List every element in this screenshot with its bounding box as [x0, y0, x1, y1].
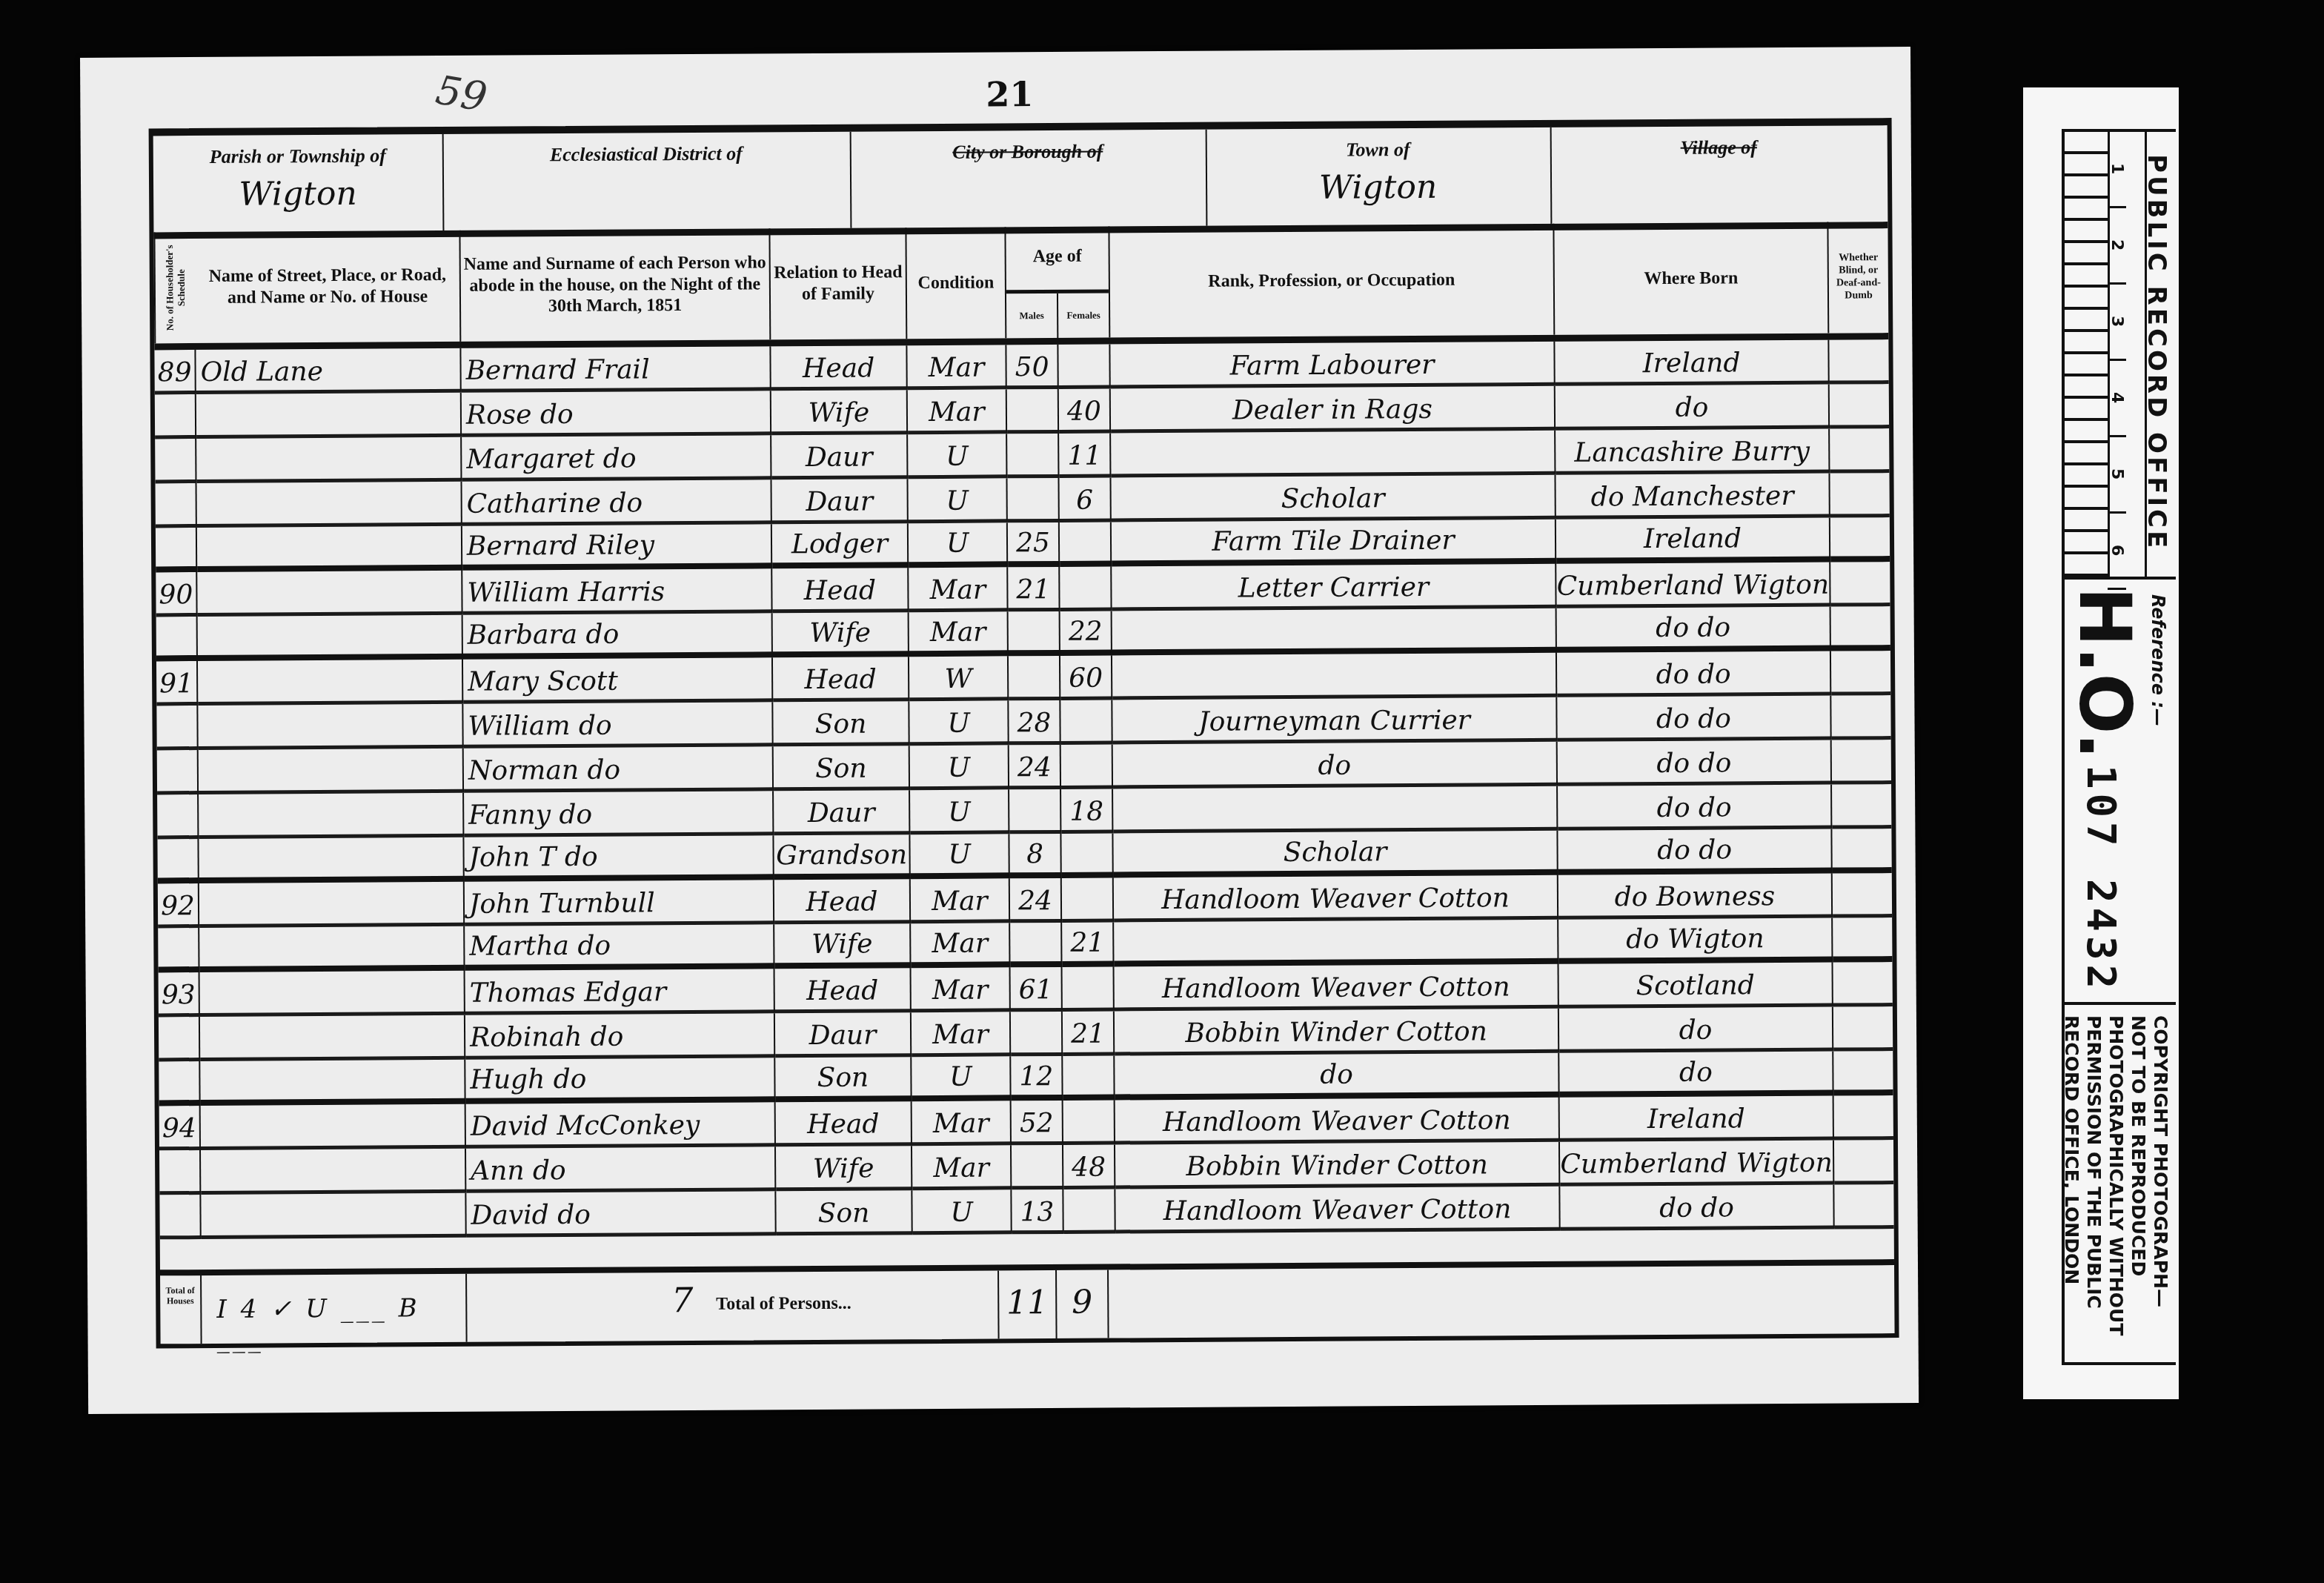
schedule-cell: 94 [159, 1106, 201, 1150]
where-born-cell: do do [1558, 740, 1832, 786]
condition-cell: Mar [911, 878, 1010, 923]
name-cell: Fanny do [464, 791, 774, 837]
street-cell [201, 1149, 466, 1195]
female-age-cell: 21 [1062, 922, 1114, 966]
relation-cell: Wife [776, 1146, 912, 1191]
where-born-cell: do Wigton [1558, 918, 1833, 964]
relation-cell: Wife [773, 612, 909, 657]
occupation-cell: Scholar [1111, 475, 1556, 522]
street-cell [197, 482, 462, 528]
male-age-cell [1009, 789, 1061, 834]
where-born-cell: do [1559, 1007, 1833, 1053]
condition-cell: U [910, 789, 1009, 834]
relation-cell: Head [771, 345, 907, 391]
street-cell [201, 1193, 466, 1239]
female-age-cell: 48 [1063, 1144, 1115, 1189]
name-cell: Bernard Riley [462, 524, 772, 571]
occupation-cell: Handloom Weaver Cotton [1115, 1098, 1560, 1145]
occupation-cell: Scholar [1113, 831, 1558, 878]
street-cell [197, 571, 462, 617]
scale-mark: 6 [2108, 514, 2126, 590]
reference-box: H.O. 107 2432 Reference :— [2065, 580, 2176, 1005]
name-cell: Mary Scott [463, 657, 773, 704]
schedule-cell [156, 483, 197, 528]
condition-cell: U [912, 1056, 1011, 1101]
relation-cell: Head [775, 968, 912, 1013]
ruler-ticks [2065, 132, 2110, 577]
name-cell: John T do [464, 835, 774, 882]
blind-deaf-cell [1831, 695, 1890, 740]
schedule-cell [156, 706, 198, 750]
occupation-cell [1112, 608, 1557, 656]
condition-cell: U [908, 434, 1007, 479]
blind-deaf-cell [1832, 829, 1891, 873]
relation-cell: Son [773, 701, 909, 746]
total-persons-label: Total of Persons... [716, 1294, 851, 1315]
census-form: Parish or Township of Wigton Ecclesiasti… [149, 118, 1899, 1348]
blind-deaf-cell [1829, 339, 1888, 384]
relation-cell: Wife [771, 390, 908, 435]
schedule-cell [155, 439, 196, 483]
where-born-cell: Lancashire Burry [1556, 429, 1830, 475]
male-age-cell: 25 [1008, 522, 1060, 567]
female-age-cell [1060, 700, 1112, 745]
name-cell: William Harris [462, 568, 772, 615]
scale-mark: 5 [2108, 437, 2126, 514]
street-cell [197, 526, 462, 572]
schedule-cell: 92 [158, 883, 199, 928]
scale-mark: 2 [2108, 208, 2126, 285]
schedule-cell: 91 [156, 661, 198, 706]
col-relation: Relation to Head of Family [770, 228, 907, 339]
condition-cell: U [910, 834, 1009, 879]
blind-deaf-cell [1833, 962, 1893, 1006]
schedule-cell [157, 839, 199, 883]
male-age-cell [1012, 1145, 1063, 1189]
where-born-cell: do do [1558, 785, 1832, 831]
schedule-cell: 90 [156, 572, 197, 617]
name-cell: Ann do [466, 1146, 776, 1193]
col-age-label: Age of [1033, 246, 1082, 268]
where-born-cell: do do [1558, 829, 1832, 875]
condition-cell: Mar [908, 389, 1007, 434]
female-age-cell [1061, 834, 1113, 878]
where-born-cell: do [1556, 385, 1830, 431]
col-condition: Condition [906, 227, 1006, 339]
male-age-cell: 52 [1012, 1101, 1063, 1145]
female-age-cell: 40 [1059, 389, 1111, 434]
street-cell [198, 615, 463, 661]
schedule-cell [155, 394, 196, 439]
total-houses-label: Total of Houses [160, 1275, 202, 1344]
occupation-cell: Letter Carrier [1112, 564, 1556, 611]
male-age-cell: 50 [1006, 345, 1058, 389]
blind-deaf-cell [1830, 384, 1889, 428]
street-cell [201, 1104, 466, 1150]
blind-deaf-cell [1833, 917, 1892, 962]
street-cell [196, 393, 462, 439]
male-age-cell: 24 [1009, 745, 1061, 789]
where-born-cell: Ireland [1560, 1096, 1834, 1142]
male-age-cell [1009, 656, 1060, 700]
col-females: Females [1058, 293, 1109, 338]
blind-deaf-cell [1831, 651, 1890, 695]
condition-cell: Mar [912, 1012, 1011, 1057]
male-age-cell: 28 [1009, 700, 1060, 745]
location-header: Parish or Township of Wigton Ecclesiasti… [153, 125, 1888, 239]
occupation-cell: Journeyman Currier [1112, 697, 1557, 745]
relation-cell: Son [775, 1057, 912, 1102]
relation-cell: Wife [774, 923, 911, 969]
condition-cell: Mar [911, 923, 1010, 968]
condition-cell: Mar [912, 1101, 1012, 1146]
relation-cell: Lodger [772, 523, 909, 568]
relation-cell: Head [776, 1101, 912, 1146]
city-value [850, 170, 1206, 172]
street-cell: Old Lane [196, 348, 461, 394]
male-age-cell [1007, 434, 1059, 478]
parish-cell: Parish or Township of Wigton [153, 134, 445, 232]
male-age-cell: 13 [1012, 1189, 1063, 1234]
name-cell: Robinah do [465, 1013, 775, 1060]
female-age-cell [1063, 1189, 1115, 1233]
col-age: Age of Males Females [1006, 227, 1110, 339]
name-cell: William do [463, 702, 773, 749]
col-street: Name of Street, Place, or Road, and Name… [195, 230, 461, 343]
schedule-cell [159, 1061, 200, 1106]
female-age-cell [1062, 878, 1114, 923]
where-born-cell: Cumberland Wigton [1560, 1141, 1834, 1187]
where-born-cell: do do [1557, 651, 1831, 697]
scale-ruler: 123456 PUBLIC RECORD OFFICE [2065, 132, 2176, 580]
col-where-born: Where Born [1554, 222, 1829, 335]
age-subheaders: Males Females [1006, 290, 1109, 339]
where-born-cell: Cumberland Wigton [1556, 562, 1830, 608]
relation-cell: Head [773, 657, 909, 702]
schedule-cell [159, 1150, 201, 1195]
reference-series: H.O. [2069, 587, 2140, 760]
female-age-cell [1063, 1055, 1115, 1100]
female-age-cell: 60 [1060, 656, 1112, 700]
street-cell [196, 437, 462, 483]
street-cell [199, 926, 465, 972]
column-headers: No. of Householder's Schedule Name of St… [153, 222, 1888, 350]
street-cell [200, 1060, 465, 1106]
occupation-cell [1114, 920, 1558, 967]
schedule-cell [157, 794, 199, 839]
town-label: Town of [1206, 138, 1550, 162]
street-cell [199, 837, 464, 883]
blind-deaf-cell [1830, 473, 1889, 517]
street-cell [198, 660, 463, 706]
blind-deaf-cell [1833, 1006, 1893, 1051]
street-cell [198, 704, 463, 750]
male-age-cell: 61 [1011, 967, 1063, 1012]
condition-cell: Mar [909, 611, 1009, 657]
ecclesiastical-cell: Ecclesiastical District of [442, 132, 852, 230]
village-label: Village of [1550, 136, 1888, 160]
ecclesiastical-label: Ecclesiastical District of [442, 142, 850, 167]
relation-cell: Head [774, 879, 911, 924]
total-houses-value: I 4 ✓ U ___ B ___ [202, 1274, 468, 1344]
male-age-cell: 21 [1008, 567, 1060, 611]
schedule-cell [157, 750, 199, 794]
ecclesiastical-value [442, 172, 850, 174]
town-cell: Town of Wigton [1206, 127, 1553, 226]
name-cell: Bernard Frail [461, 346, 771, 393]
parish-value: Wigton [153, 174, 442, 213]
occupation-cell: Farm Tile Drainer [1112, 520, 1556, 567]
relation-cell: Head [772, 568, 909, 613]
condition-cell: W [909, 656, 1009, 701]
male-age-cell [1007, 389, 1059, 434]
where-born-cell: do do [1557, 607, 1831, 653]
blind-deaf-cell [1833, 873, 1892, 917]
relation-cell: Daur [775, 1012, 912, 1058]
col-blind-deaf: Whether Blind, or Deaf-and-Dumb [1828, 222, 1888, 333]
male-age-cell: 12 [1011, 1056, 1063, 1101]
where-born-cell: do do [1557, 696, 1831, 742]
schedule-cell: 89 [154, 350, 196, 394]
blind-deaf-cell [1830, 428, 1889, 473]
male-age-cell [1007, 478, 1059, 522]
female-age-cell [1063, 1100, 1115, 1144]
condition-cell: Mar [912, 1145, 1012, 1190]
female-age-cell [1061, 745, 1113, 789]
male-age-cell [1009, 611, 1060, 656]
where-born-cell: do [1559, 1052, 1833, 1098]
where-born-cell: do Manchester [1556, 474, 1830, 520]
total-females: 9 [1057, 1270, 1109, 1338]
relation-cell: Grandson [774, 834, 910, 880]
relation-cell: Son [774, 746, 910, 791]
reference-piece: 107 2432 [2078, 765, 2125, 993]
totals-row: Total of Houses I 4 ✓ U ___ B ___ 7 Tota… [160, 1259, 1895, 1344]
occupation-cell: do [1115, 1053, 1559, 1101]
pencil-annotation: 59 [433, 67, 491, 122]
name-cell: Norman do [464, 746, 774, 793]
condition-cell: U [910, 745, 1009, 790]
total-persons-mark: 7 [671, 1280, 694, 1320]
male-age-cell [1010, 923, 1062, 967]
col-males: Males [1006, 293, 1058, 338]
where-born-cell: Ireland [1555, 340, 1829, 386]
blind-deaf-cell [1832, 784, 1891, 829]
male-age-cell: 24 [1010, 878, 1062, 923]
relation-cell: Daur [771, 479, 908, 524]
blind-deaf-cell [1834, 1140, 1893, 1184]
relation-cell: Daur [774, 790, 910, 835]
condition-cell: U [912, 1189, 1012, 1235]
female-age-cell [1060, 522, 1112, 567]
male-age-cell [1011, 1012, 1063, 1056]
name-cell: Thomas Edgar [465, 969, 775, 1015]
name-cell: David do [466, 1191, 776, 1238]
blind-deaf-cell [1833, 1051, 1893, 1095]
occupation-cell: Bobbin Winder Cotton [1115, 1009, 1559, 1056]
village-cell: Village of [1550, 125, 1888, 224]
where-born-cell: Ireland [1556, 518, 1830, 564]
occupation-cell [1112, 653, 1557, 700]
col-name: Name and Surname of each Person who abod… [460, 228, 771, 342]
page-number: 21 [986, 74, 1033, 114]
blind-deaf-cell [1834, 1095, 1893, 1140]
street-cell [199, 882, 465, 928]
city-label: City or Borough of [850, 140, 1206, 165]
blind-deaf-cell [1834, 1184, 1893, 1229]
street-cell [199, 749, 464, 794]
occupation-cell: do [1113, 742, 1558, 789]
relation-cell: Daur [771, 434, 908, 479]
female-age-cell: 11 [1059, 434, 1111, 478]
name-cell: John Turnbull [465, 880, 774, 926]
condition-cell: Mar [909, 567, 1008, 612]
female-age-cell [1060, 567, 1112, 611]
census-sheet: 21 59 Parish or Township of Wigton Eccle… [80, 47, 1919, 1414]
female-age-cell: 21 [1063, 1011, 1115, 1055]
where-born-cell: Scotland [1559, 963, 1833, 1009]
city-cell: City or Borough of [850, 130, 1208, 228]
occupation-cell: Dealer in Rags [1111, 386, 1556, 434]
where-born-cell: do Bowness [1558, 874, 1833, 920]
copyright-notice: COPYRIGHT PHOTOGRAPH—NOT TO BE REPRODUCE… [2065, 1005, 2176, 1361]
street-cell [200, 971, 465, 1017]
parish-label: Parish or Township of [153, 145, 442, 168]
scale-mark: 4 [2108, 361, 2126, 437]
female-age-cell [1063, 966, 1115, 1011]
blind-deaf-cell [1830, 517, 1890, 562]
reference-strip-frame: 123456 PUBLIC RECORD OFFICE H.O. 107 243… [2062, 129, 2176, 1365]
male-age-cell: 8 [1009, 834, 1061, 878]
occupation-cell: Handloom Weaver Cotton [1115, 964, 1559, 1012]
condition-cell: Mar [912, 967, 1011, 1012]
village-value [1550, 165, 1888, 167]
name-cell: Martha do [465, 924, 774, 971]
reference-strip: 123456 PUBLIC RECORD OFFICE H.O. 107 243… [2023, 87, 2179, 1399]
name-cell: Margaret do [462, 435, 771, 482]
scale-mark: 3 [2108, 285, 2126, 361]
occupation-cell [1113, 786, 1558, 834]
name-cell: Barbara do [463, 613, 773, 660]
name-cell: David McConkey [466, 1102, 776, 1149]
schedule-cell [159, 1017, 200, 1061]
schedule-cell [158, 928, 199, 972]
blind-deaf-cell [1831, 606, 1890, 651]
schedule-cell [159, 1195, 201, 1239]
organisation-name: PUBLIC RECORD OFFICE [2142, 154, 2171, 551]
blind-deaf-cell [1832, 740, 1891, 784]
name-cell: Rose do [462, 391, 771, 437]
blind-deaf-cell [1830, 562, 1890, 606]
female-age-cell: 18 [1061, 789, 1113, 834]
col-occupation: Rank, Profession, or Occupation [1109, 224, 1555, 338]
occupation-cell: Handloom Weaver Cotton [1114, 875, 1558, 923]
col-schedule-no: No. of Householder's Schedule [153, 232, 196, 343]
relation-cell: Son [776, 1190, 912, 1235]
town-value: Wigton [1206, 167, 1550, 208]
condition-cell: U [908, 478, 1007, 523]
schedule-cell: 93 [159, 972, 200, 1017]
street-cell [199, 793, 464, 839]
schedule-cell [156, 617, 198, 661]
condition-cell: U [909, 700, 1009, 746]
occupation-cell: Farm Labourer [1110, 342, 1555, 389]
scale-mark: 1 [2108, 132, 2126, 208]
female-age-cell: 22 [1060, 611, 1112, 656]
female-age-cell: 6 [1059, 478, 1111, 522]
reference-label: Reference :— [2148, 594, 2168, 726]
occupation-cell: Handloom Weaver Cotton [1115, 1187, 1560, 1234]
condition-cell: Mar [907, 345, 1006, 390]
occupation-cell: Bobbin Winder Cotton [1115, 1142, 1560, 1189]
occupation-cell [1111, 431, 1556, 478]
schedule-cell [156, 528, 197, 572]
total-males: 11 [997, 1270, 1058, 1338]
where-born-cell: do do [1560, 1185, 1834, 1231]
female-age-cell [1058, 345, 1110, 389]
street-cell [200, 1015, 465, 1061]
name-cell: Hugh do [465, 1058, 775, 1104]
condition-cell: U [909, 522, 1008, 568]
name-cell: Catharine do [462, 479, 772, 526]
